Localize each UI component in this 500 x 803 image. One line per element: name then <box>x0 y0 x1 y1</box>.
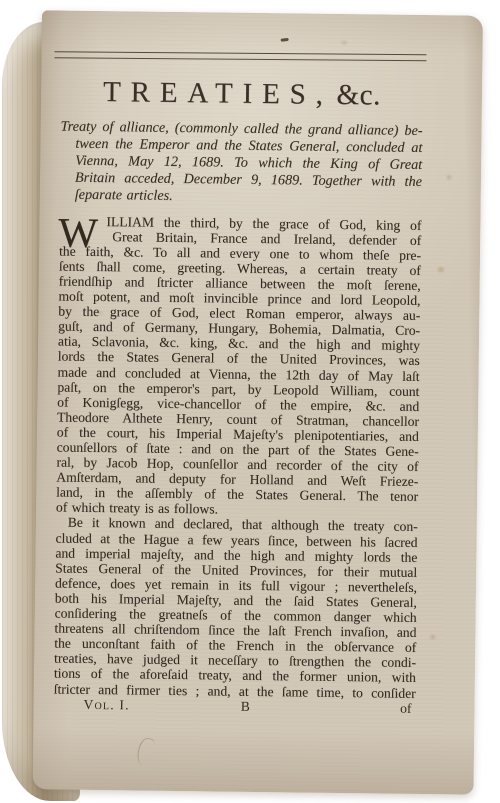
foxing-spot <box>438 267 444 272</box>
volume-label: Vol. I. <box>83 696 129 713</box>
page-heading: TREATIES, &c. <box>61 75 423 112</box>
book-photo: TREATIES, &c. Treaty of alliance, (commo… <box>0 0 500 803</box>
body-paragraph-2: Be it known and declared, that although … <box>54 515 418 701</box>
ink-speck <box>281 38 289 42</box>
treaty-summary: Treaty of alliance, (commonly called the… <box>60 118 423 208</box>
catchword: of <box>400 700 412 716</box>
foxing-spot <box>447 175 451 179</box>
book-page: TREATIES, &c. Treaty of alliance, (commo… <box>32 10 482 794</box>
heading-etc: &c. <box>336 79 381 112</box>
ink-squiggle <box>135 736 157 767</box>
foxing-spot <box>430 635 435 639</box>
paragraph-lines: ILLIAM the third, by the grace of God, k… <box>56 213 422 519</box>
heading-title: TREATIES, <box>103 76 333 111</box>
double-rule <box>54 51 426 61</box>
signature-mark: B <box>241 698 250 714</box>
page-text-column: TREATIES, &c. Treaty of alliance, (commo… <box>53 51 423 718</box>
page-footer: Vol. I. B of <box>53 696 415 717</box>
foxing-spot <box>98 311 102 315</box>
drop-cap: W <box>58 212 98 254</box>
foxing-spot <box>342 41 347 44</box>
body-paragraph-1: W ILLIAM the third, by the grace of God,… <box>56 213 422 519</box>
